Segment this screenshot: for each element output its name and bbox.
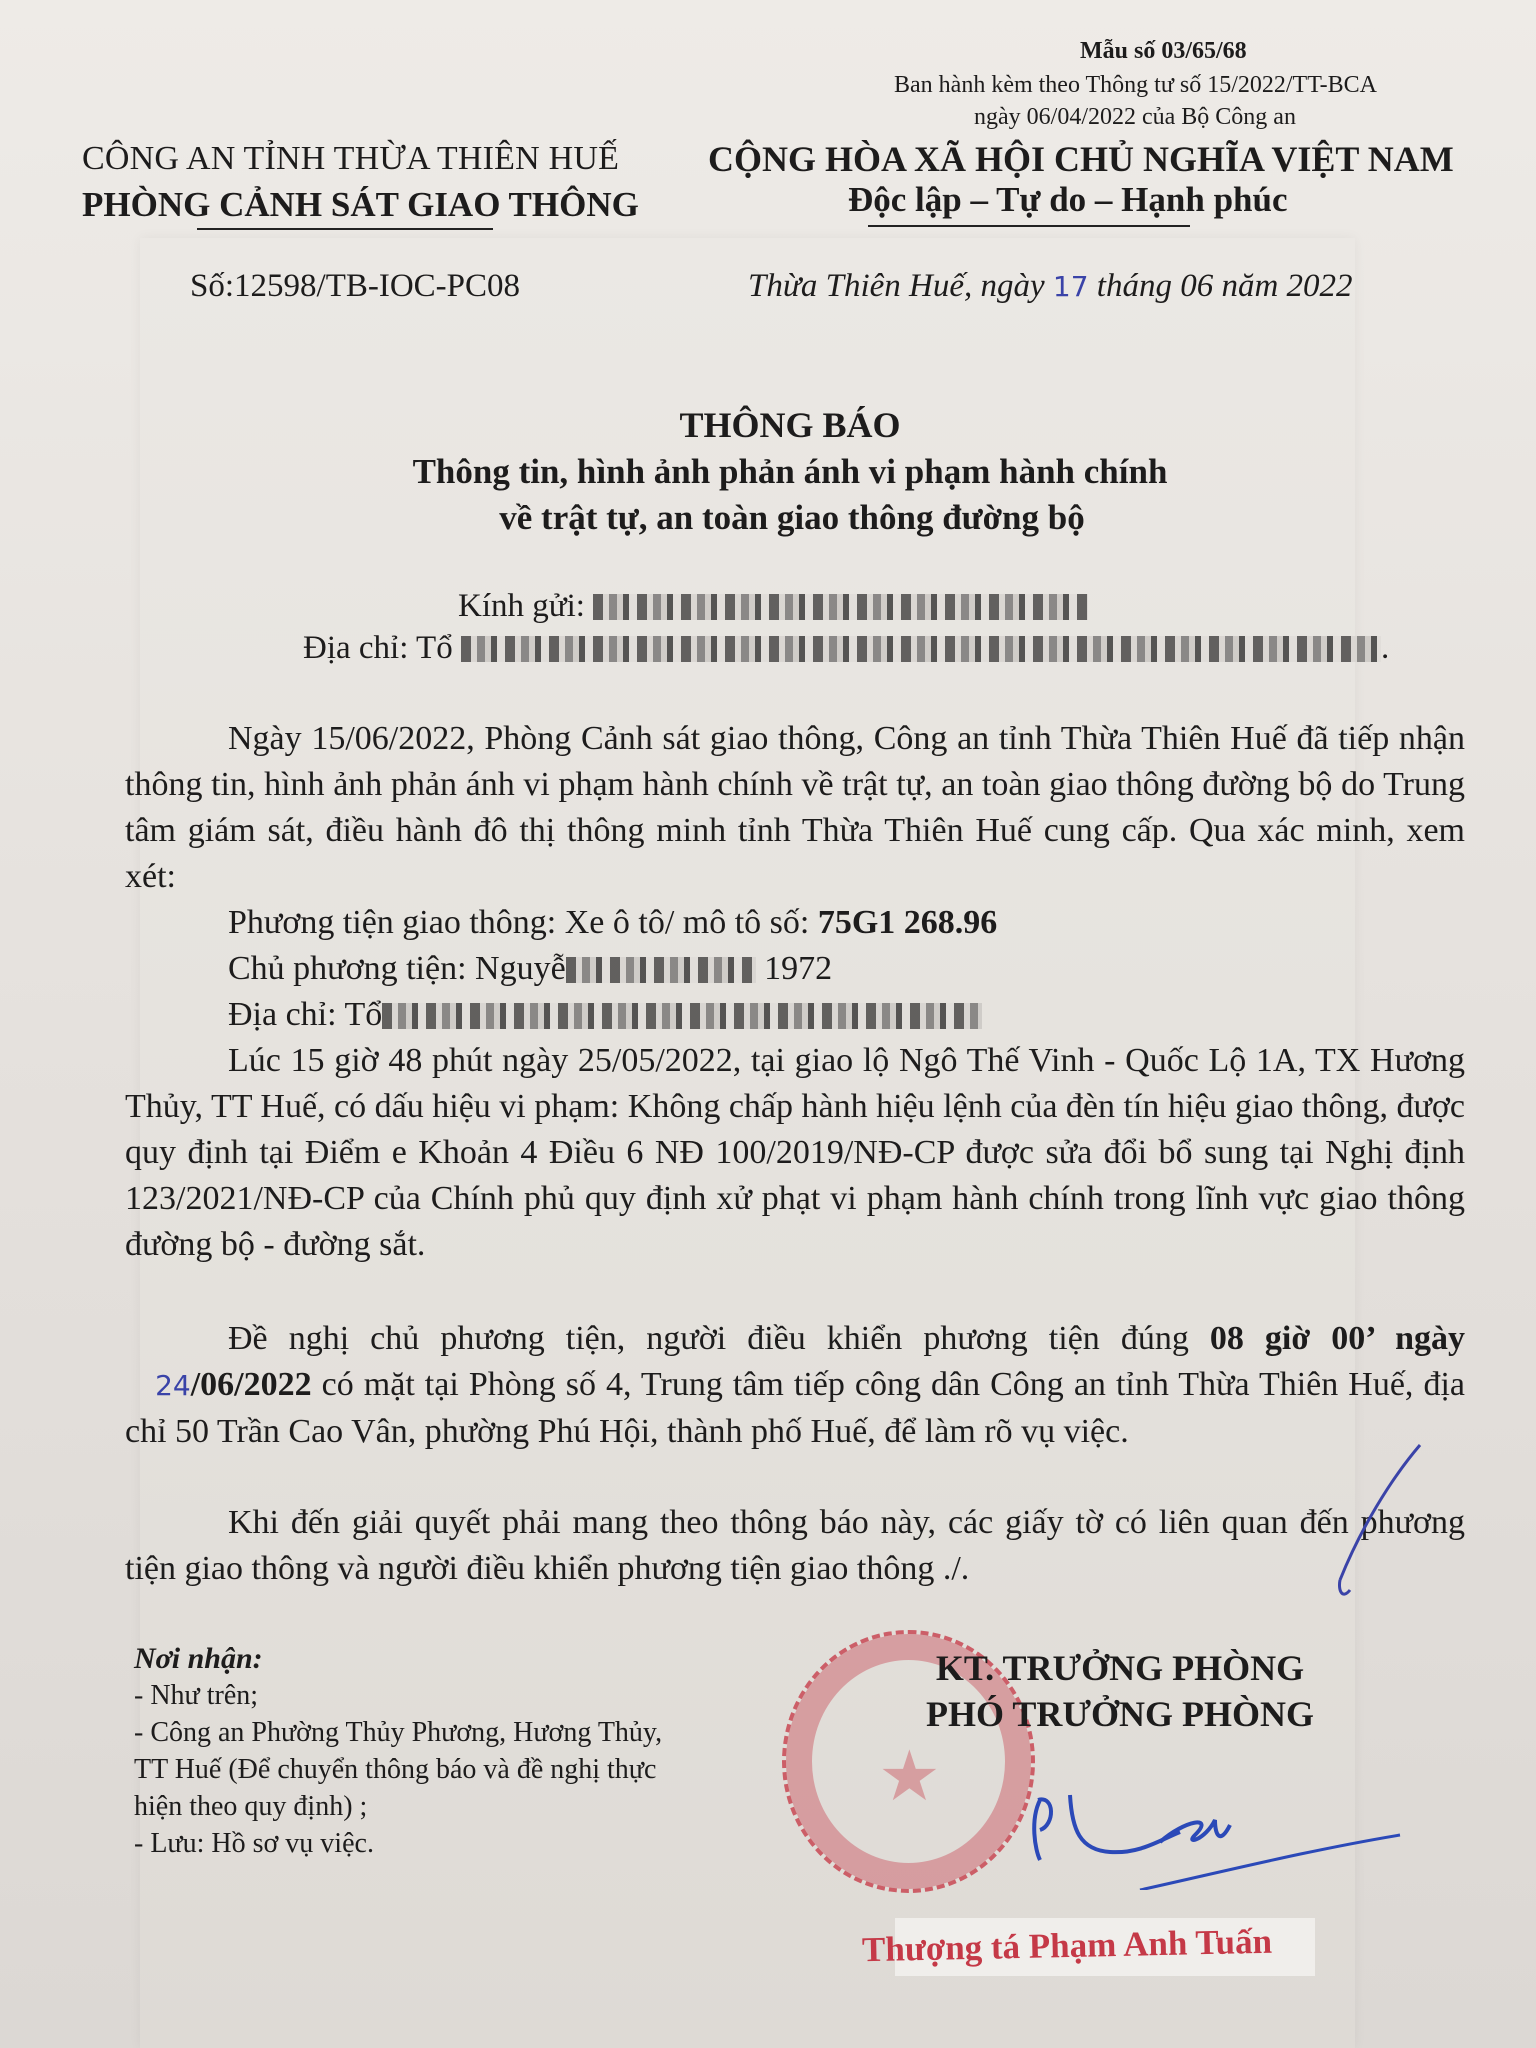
- motto-underline: [868, 225, 1190, 227]
- recipient-item: - Lưu: Hồ sơ vụ việc.: [134, 1825, 662, 1862]
- seal-star-icon: ★: [878, 1735, 941, 1817]
- recipient-label: Kính gửi:: [458, 588, 585, 624]
- recipient-item: TT Huế (Để chuyển thông báo và đề nghị t…: [134, 1751, 662, 1788]
- recipient-line: Kính gửi:: [458, 588, 1088, 625]
- agency-name: PHÒNG CẢNH SÁT GIAO THÔNG: [82, 185, 639, 225]
- address-label: Địa chỉ:: [303, 630, 408, 666]
- signer-title: KT. TRƯỞNG PHÒNG PHÓ TRƯỞNG PHÒNG: [880, 1645, 1360, 1737]
- owner-line: Chủ phương tiện: Nguyễ 1972: [125, 946, 1465, 992]
- document-number: Số:12598/TB-IOC-PC08: [190, 268, 520, 305]
- address-prefix: Tổ: [416, 630, 453, 666]
- form-issued-date: ngày 06/04/2022 của Bộ Công an: [974, 104, 1296, 131]
- handwritten-check-icon: [1320, 1440, 1430, 1610]
- signature-icon: [1010, 1780, 1410, 1890]
- owner-address-line: Địa chỉ: Tổ: [125, 992, 1465, 1038]
- vehicle-line: Phương tiện giao thông: Xe ô tô/ mô tô s…: [125, 900, 1465, 946]
- request-paragraph: Đề nghị chủ phương tiện, người điều khiể…: [125, 1316, 1465, 1455]
- notice-subtitle-1: Thông tin, hình ảnh phản ánh vi phạm hàn…: [0, 452, 1536, 492]
- date-suffix: tháng 06 năm 2022: [1097, 268, 1353, 304]
- vehicle-info: Phương tiện giao thông: Xe ô tô/ mô tô s…: [125, 900, 1465, 1038]
- recipients-list: Nơi nhận: - Như trên; - Công an Phường T…: [134, 1640, 662, 1862]
- date-prefix: Thừa Thiên Huế, ngày: [748, 268, 1045, 304]
- national-title: CỘNG HÒA XÃ HỘI CHỦ NGHĨA VIỆT NAM: [708, 138, 1454, 180]
- intro-paragraph: Ngày 15/06/2022, Phòng Cảnh sát giao thô…: [125, 716, 1465, 900]
- recipients-heading: Nơi nhận:: [134, 1640, 662, 1677]
- redacted-recipient-address: [461, 636, 1381, 662]
- form-number: Mẫu số 03/65/68: [1080, 38, 1247, 65]
- bring-documents-paragraph: Khi đến giải quyết phải mang theo thông …: [125, 1500, 1465, 1592]
- national-motto: Độc lập – Tự do – Hạnh phúc: [848, 180, 1288, 220]
- violation-paragraph: Lúc 15 giờ 48 phút ngày 25/05/2022, tại …: [125, 1038, 1465, 1268]
- redacted-owner-name: [566, 957, 756, 983]
- agency-underline: [197, 228, 493, 230]
- license-plate: 75G1 268.96: [818, 904, 997, 941]
- form-issued-with: Ban hành kèm theo Thông tư số 15/2022/TT…: [894, 72, 1377, 99]
- handwritten-appointment-day: 24: [155, 1369, 191, 1402]
- recipient-item: - Như trên;: [134, 1677, 662, 1714]
- redacted-owner-address: [382, 1003, 982, 1029]
- recipient-address-line: Địa chỉ: Tổ .: [303, 630, 1389, 667]
- recipient-item: hiện theo quy định) ;: [134, 1788, 662, 1825]
- notice-title: THÔNG BÁO: [0, 404, 1536, 446]
- document-date: Thừa Thiên Huế, ngày 17 tháng 06 năm 202…: [748, 268, 1353, 305]
- notice-subtitle-2: về trật tự, an toàn giao thông đường bộ: [0, 498, 1536, 538]
- redacted-recipient-name: [593, 594, 1088, 620]
- handwritten-day: 17: [1053, 270, 1089, 303]
- recipient-item: - Công an Phường Thủy Phương, Hương Thủy…: [134, 1714, 662, 1751]
- agency-parent: CÔNG AN TỈNH THỪA THIÊN HUẾ: [82, 140, 619, 178]
